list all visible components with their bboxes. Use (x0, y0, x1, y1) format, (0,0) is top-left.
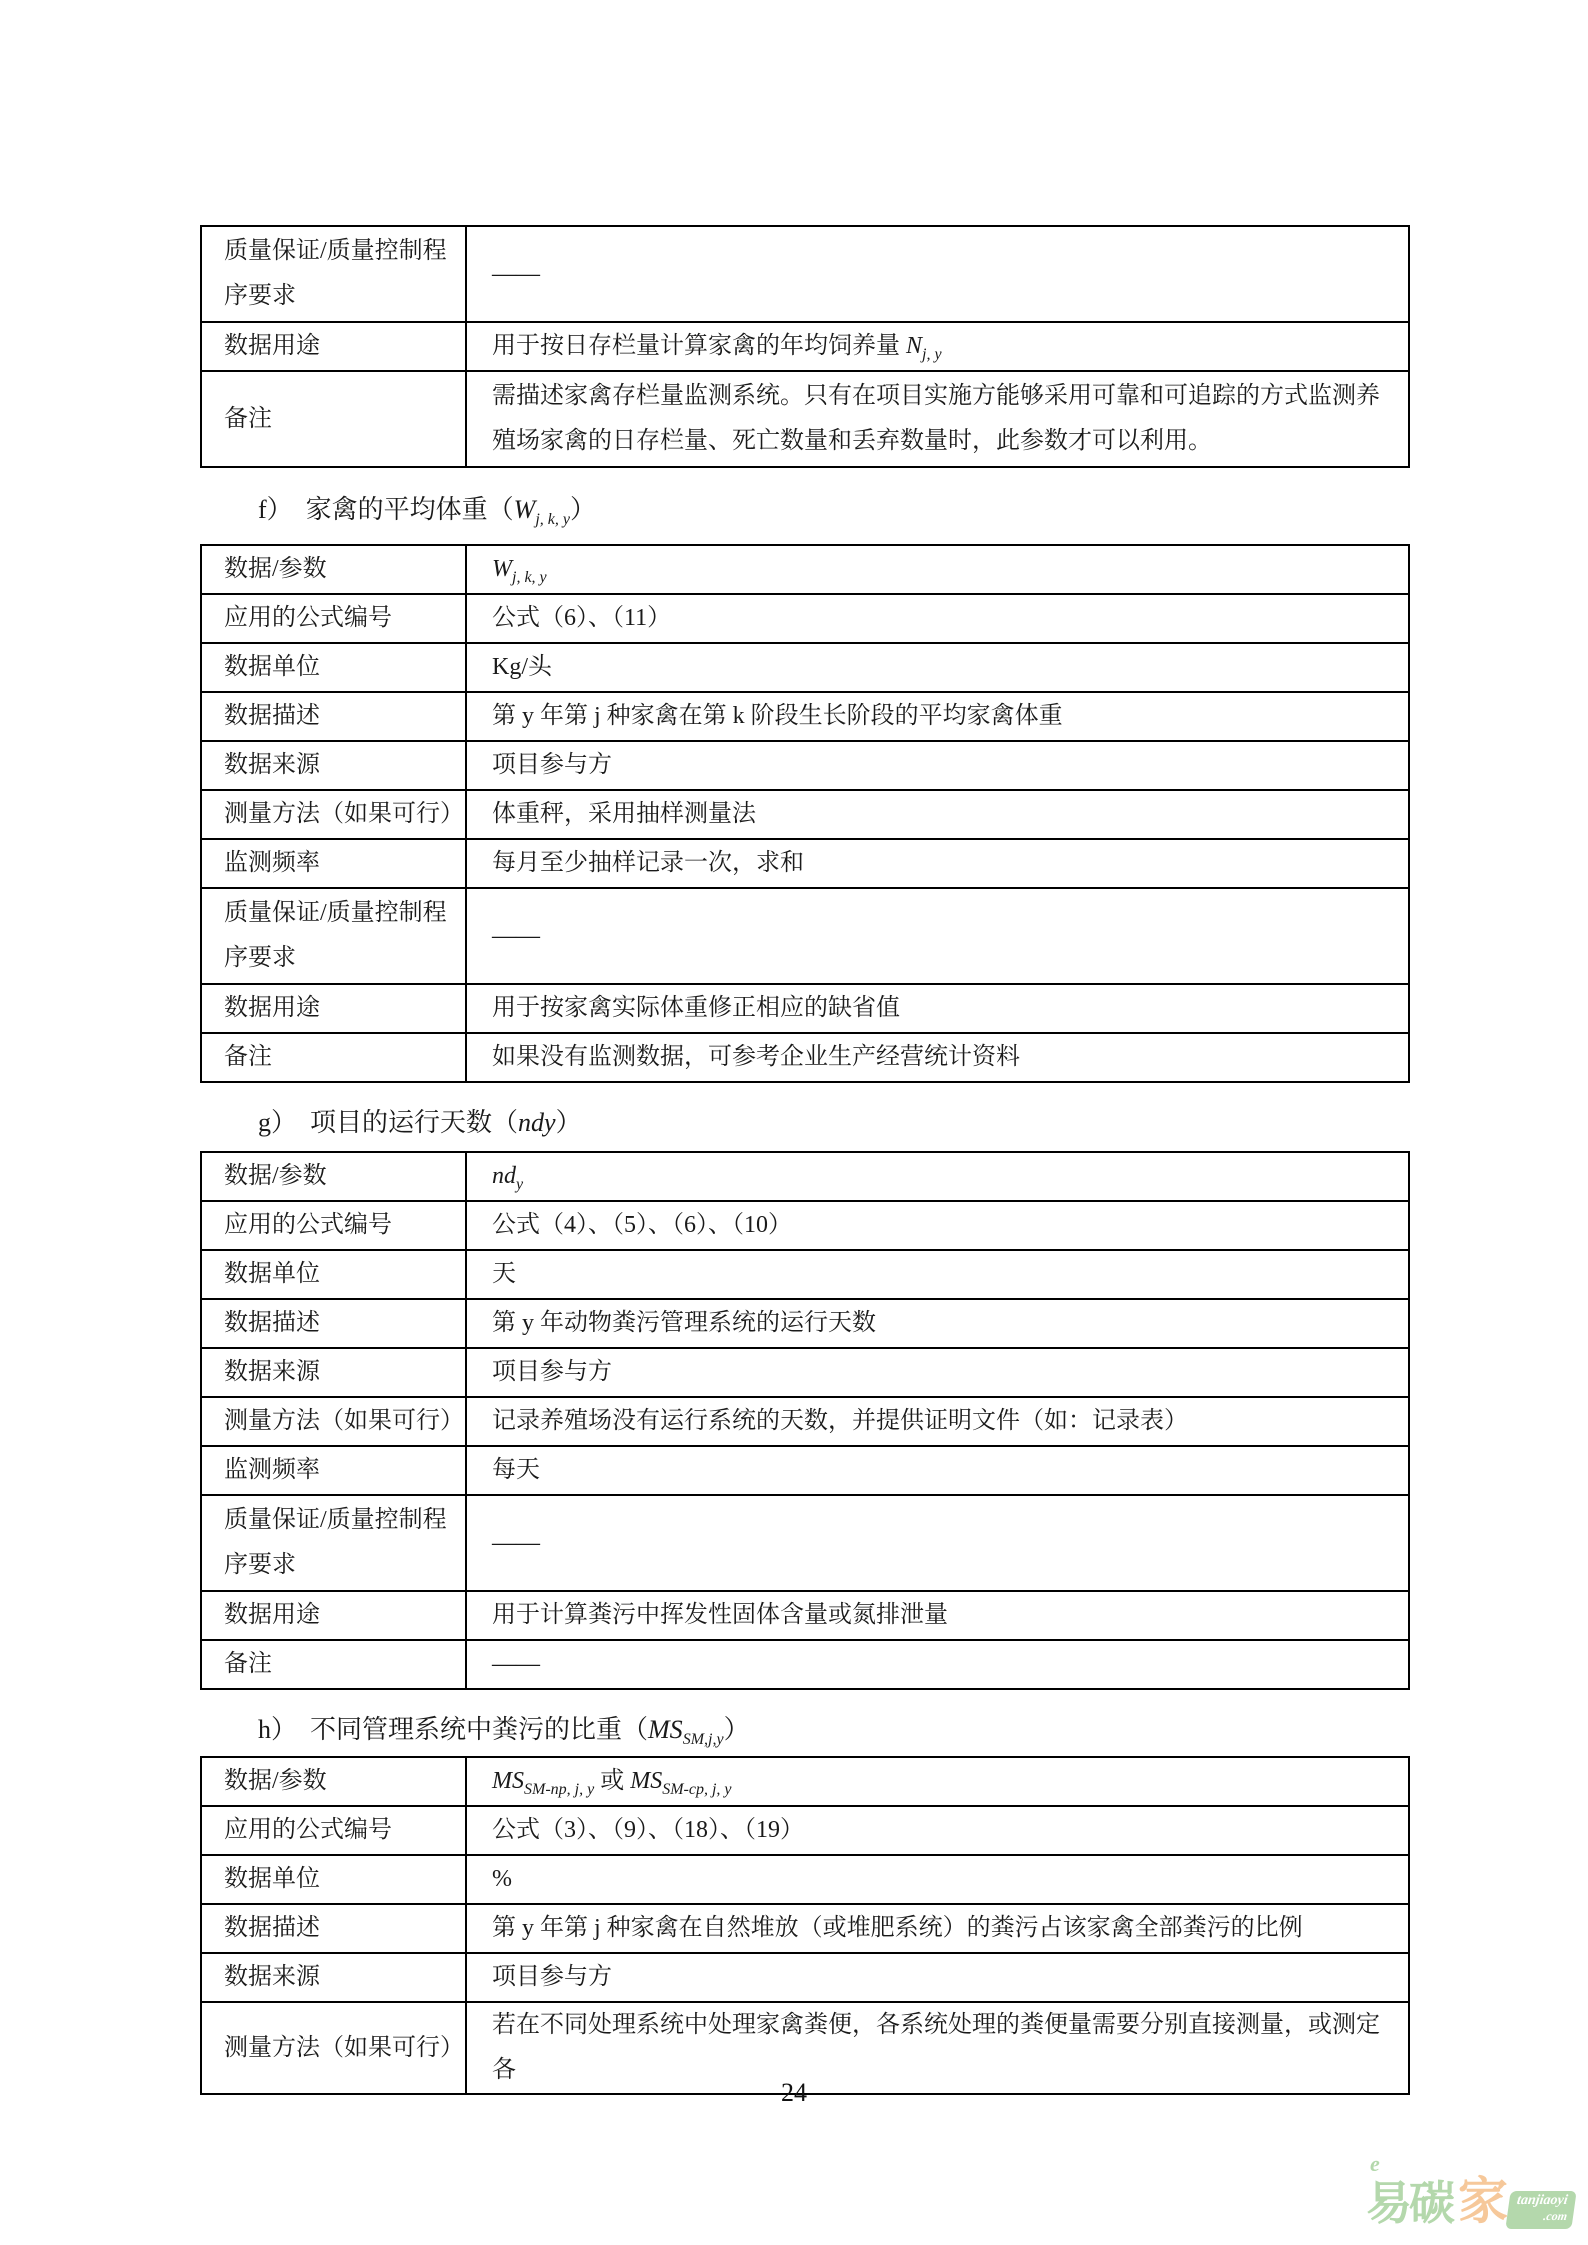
text-segment: 用于计算粪污中挥发性固体含量或氮排泄量 (492, 1602, 948, 1628)
row-value: 用于计算粪污中挥发性固体含量或氮排泄量 (466, 1591, 1409, 1640)
row-label: 数据单位 (201, 643, 466, 692)
text-segment: g） 项目的运行天数（ (258, 1108, 518, 1137)
formula-subscript: j, k, y (512, 569, 547, 586)
table-row: 备注如果没有监测数据，可参考企业生产经营统计资料 (201, 1033, 1409, 1082)
row-label: 数据单位 (201, 1250, 466, 1299)
text-segment: 项目参与方 (492, 752, 612, 778)
text-segment: % (492, 1866, 512, 1892)
table-row: 数据来源项目参与方 (201, 1348, 1409, 1397)
text-segment: 第 y 年第 j 种家禽在第 k 阶段生长阶段的平均家禽体重 (492, 703, 1063, 729)
watermark-badge-tld: .com (1510, 2209, 1570, 2223)
row-label: 数据描述 (201, 692, 466, 741)
formula-subscript: j, y (922, 346, 942, 363)
section-heading-g: g） 项目的运行天数（ndy） (200, 1101, 1410, 1145)
table-row: 数据描述第 y 年动物粪污管理系统的运行天数 (201, 1299, 1409, 1348)
row-value: 第 y 年动物粪污管理系统的运行天数 (466, 1299, 1409, 1348)
table-row: 测量方法（如果可行）记录养殖场没有运行系统的天数，并提供证明文件（如：记录表） (201, 1397, 1409, 1446)
table-row: 监测频率每天 (201, 1446, 1409, 1495)
row-label: 备注 (201, 1033, 466, 1082)
table-row: 数据来源项目参与方 (201, 741, 1409, 790)
param-table-continuation: 质量保证/质量控制程序要求——数据用途用于按日存栏量计算家禽的年均饲养量 Nj,… (200, 225, 1410, 468)
text-segment: 公式（6）、（11） (492, 605, 671, 631)
text-segment: 每天 (492, 1457, 540, 1483)
formula-subscript: SM,j,y (683, 1731, 724, 1748)
row-label: 数据用途 (201, 984, 466, 1033)
row-value: 体重秤，采用抽样测量法 (466, 790, 1409, 839)
text-segment: 项目参与方 (492, 1964, 612, 1990)
table-row: 数据用途用于按家禽实际体重修正相应的缺省值 (201, 984, 1409, 1033)
row-value: 用于按日存栏量计算家禽的年均饲养量 Nj, y (466, 322, 1409, 371)
row-label: 数据用途 (201, 1591, 466, 1640)
watermark-text-orange: 家 (1458, 2161, 1508, 2233)
formula-italic: nd (492, 1163, 516, 1189)
row-value: 项目参与方 (466, 1953, 1409, 2002)
text-segment: ） (556, 1108, 582, 1137)
formula-italic: MS (630, 1768, 662, 1794)
param-table-average-weight: 数据/参数Wj, k, y应用的公式编号公式（6）、（11）数据单位Kg/头数据… (200, 544, 1410, 1083)
row-label: 数据用途 (201, 322, 466, 371)
row-value: 天 (466, 1250, 1409, 1299)
table-row: 数据单位% (201, 1855, 1409, 1904)
row-value: —— (466, 1640, 1409, 1689)
row-label: 数据来源 (201, 1953, 466, 2002)
table-row: 数据单位天 (201, 1250, 1409, 1299)
row-value: 第 y 年第 j 种家禽在第 k 阶段生长阶段的平均家禽体重 (466, 692, 1409, 741)
row-label: 测量方法（如果可行） (201, 1397, 466, 1446)
text-segment: 需描述家禽存栏量监测系统。只有在项目实施方能够采用可靠和可追踪的方式监测养殖场家… (492, 383, 1380, 454)
row-value: Kg/头 (466, 643, 1409, 692)
text-segment: ） (724, 1715, 750, 1744)
text-segment: —— (492, 923, 540, 949)
watermark-text-green: 易碳 (1366, 2167, 1452, 2233)
text-segment: 公式（4）、（5）、（6）、（10） (492, 1212, 792, 1238)
row-value: —— (466, 226, 1409, 322)
text-segment: 天 (492, 1261, 516, 1287)
table-row: 备注需描述家禽存栏量监测系统。只有在项目实施方能够采用可靠和可追踪的方式监测养殖… (201, 371, 1409, 467)
table-row: 数据用途用于计算粪污中挥发性固体含量或氮排泄量 (201, 1591, 1409, 1640)
row-value: ndy (466, 1152, 1409, 1201)
text-segment: 每月至少抽样记录一次，求和 (492, 850, 804, 876)
text-segment: —— (492, 261, 540, 287)
page-number: 24 (0, 2078, 1588, 2108)
section-heading-f: f） 家禽的平均体重（Wj, k, y） (200, 488, 1410, 532)
text-segment: —— (492, 1651, 540, 1677)
row-label: 监测频率 (201, 1446, 466, 1495)
row-label: 数据来源 (201, 741, 466, 790)
row-value: 项目参与方 (466, 741, 1409, 790)
text-segment: 第 y 年动物粪污管理系统的运行天数 (492, 1310, 876, 1336)
text-segment: —— (492, 1530, 540, 1556)
formula-subscript: j, k, y (535, 511, 570, 528)
watermark-badge-domain: tanjiaoyi (1512, 2193, 1572, 2209)
param-table-operating-days: 数据/参数ndy应用的公式编号公式（4）、（5）、（6）、（10）数据单位天数据… (200, 1151, 1410, 1690)
row-label: 质量保证/质量控制程序要求 (201, 1495, 466, 1591)
text-segment: 项目参与方 (492, 1359, 612, 1385)
row-label: 监测频率 (201, 839, 466, 888)
table-row: 数据来源项目参与方 (201, 1953, 1409, 2002)
text-segment: h） 不同管理系统中粪污的比重（ (258, 1715, 648, 1744)
row-value: 公式（4）、（5）、（6）、（10） (466, 1201, 1409, 1250)
formula-italic: W (492, 556, 512, 582)
row-label: 备注 (201, 371, 466, 467)
row-value: 用于按家禽实际体重修正相应的缺省值 (466, 984, 1409, 1033)
row-value: 需描述家禽存栏量监测系统。只有在项目实施方能够采用可靠和可追踪的方式监测养殖场家… (466, 371, 1409, 467)
row-label: 质量保证/质量控制程序要求 (201, 226, 466, 322)
table-row: 应用的公式编号公式（6）、（11） (201, 594, 1409, 643)
table-row: 数据/参数Wj, k, y (201, 545, 1409, 594)
row-label: 测量方法（如果可行） (201, 790, 466, 839)
table-row: 数据单位Kg/头 (201, 643, 1409, 692)
table-row: 应用的公式编号公式（3）、（9）、（18）、（19） (201, 1806, 1409, 1855)
row-label: 应用的公式编号 (201, 594, 466, 643)
row-label: 应用的公式编号 (201, 1201, 466, 1250)
row-label: 应用的公式编号 (201, 1806, 466, 1855)
watermark-logo: e 易碳 家 tanjiaoyi .com (1366, 2155, 1576, 2233)
text-segment: 记录养殖场没有运行系统的天数，并提供证明文件（如：记录表） (492, 1408, 1188, 1434)
table-row: 数据描述第 y 年第 j 种家禽在第 k 阶段生长阶段的平均家禽体重 (201, 692, 1409, 741)
row-value: 如果没有监测数据，可参考企业生产经营统计资料 (466, 1033, 1409, 1082)
text-segment: 第 y 年第 j 种家禽在自然堆放（或堆肥系统）的粪污占该家禽全部粪污的比例 (492, 1915, 1303, 1941)
row-label: 数据/参数 (201, 1757, 466, 1806)
row-label: 数据单位 (201, 1855, 466, 1904)
row-label: 数据描述 (201, 1904, 466, 1953)
text-segment: 或 (594, 1768, 630, 1794)
table-row: 数据描述第 y 年第 j 种家禽在自然堆放（或堆肥系统）的粪污占该家禽全部粪污的… (201, 1904, 1409, 1953)
table-row: 监测频率每月至少抽样记录一次，求和 (201, 839, 1409, 888)
row-value: 项目参与方 (466, 1348, 1409, 1397)
text-segment: f） 家禽的平均体重（ (258, 495, 514, 524)
formula-italic: MS (648, 1715, 683, 1744)
row-value: 每月至少抽样记录一次，求和 (466, 839, 1409, 888)
formula-italic: W (514, 495, 536, 524)
table-row: 备注—— (201, 1640, 1409, 1689)
row-value: 第 y 年第 j 种家禽在自然堆放（或堆肥系统）的粪污占该家禽全部粪污的比例 (466, 1904, 1409, 1953)
param-table-manure-share: 数据/参数MSSM-np, j, y 或 MSSM-cp, j, y应用的公式编… (200, 1756, 1410, 2095)
row-label: 质量保证/质量控制程序要求 (201, 888, 466, 984)
text-segment: 公式（3）、（9）、（18）、（19） (492, 1817, 804, 1843)
page-content: 质量保证/质量控制程序要求——数据用途用于按日存栏量计算家禽的年均饲养量 Nj,… (200, 0, 1410, 2095)
table-row: 数据用途用于按日存栏量计算家禽的年均饲养量 Nj, y (201, 322, 1409, 371)
table-row: 应用的公式编号公式（4）、（5）、（6）、（10） (201, 1201, 1409, 1250)
row-label: 数据描述 (201, 1299, 466, 1348)
text-segment: 如果没有监测数据，可参考企业生产经营统计资料 (492, 1044, 1020, 1070)
row-value: 记录养殖场没有运行系统的天数，并提供证明文件（如：记录表） (466, 1397, 1409, 1446)
formula-subscript: SM-np, j, y (524, 1781, 594, 1798)
table-row: 质量保证/质量控制程序要求—— (201, 1495, 1409, 1591)
row-value: —— (466, 1495, 1409, 1591)
row-value: Wj, k, y (466, 545, 1409, 594)
text-segment: 用于按家禽实际体重修正相应的缺省值 (492, 995, 900, 1021)
row-value: 公式（6）、（11） (466, 594, 1409, 643)
text-segment: Kg/头 (492, 654, 552, 680)
row-value: MSSM-np, j, y 或 MSSM-cp, j, y (466, 1757, 1409, 1806)
table-row: 数据/参数ndy (201, 1152, 1409, 1201)
table-row: 质量保证/质量控制程序要求—— (201, 226, 1409, 322)
row-value: % (466, 1855, 1409, 1904)
text-segment: 用于按日存栏量计算家禽的年均饲养量 (492, 333, 906, 359)
row-value: 每天 (466, 1446, 1409, 1495)
row-label: 数据/参数 (201, 545, 466, 594)
text-segment: ） (570, 495, 596, 524)
row-value: —— (466, 888, 1409, 984)
watermark-badge: tanjiaoyi .com (1505, 2191, 1576, 2229)
row-label: 数据/参数 (201, 1152, 466, 1201)
formula-italic: ndy (518, 1108, 556, 1137)
formula-subscript: y (516, 1176, 523, 1193)
row-label: 备注 (201, 1640, 466, 1689)
row-value: 公式（3）、（9）、（18）、（19） (466, 1806, 1409, 1855)
text-segment: 体重秤，采用抽样测量法 (492, 801, 756, 827)
formula-subscript: SM-cp, j, y (662, 1781, 731, 1798)
formula-italic: N (906, 333, 922, 359)
table-row: 质量保证/质量控制程序要求—— (201, 888, 1409, 984)
formula-italic: MS (492, 1768, 524, 1794)
row-label: 数据来源 (201, 1348, 466, 1397)
table-row: 测量方法（如果可行）体重秤，采用抽样测量法 (201, 790, 1409, 839)
section-heading-h: h） 不同管理系统中粪污的比重（MSSM,j,y） (200, 1708, 1410, 1752)
table-row: 数据/参数MSSM-np, j, y 或 MSSM-cp, j, y (201, 1757, 1409, 1806)
text-segment: 若在不同处理系统中处理家禽粪便，各系统处理的粪便量需要分别直接测量，或测定各 (492, 2012, 1380, 2083)
